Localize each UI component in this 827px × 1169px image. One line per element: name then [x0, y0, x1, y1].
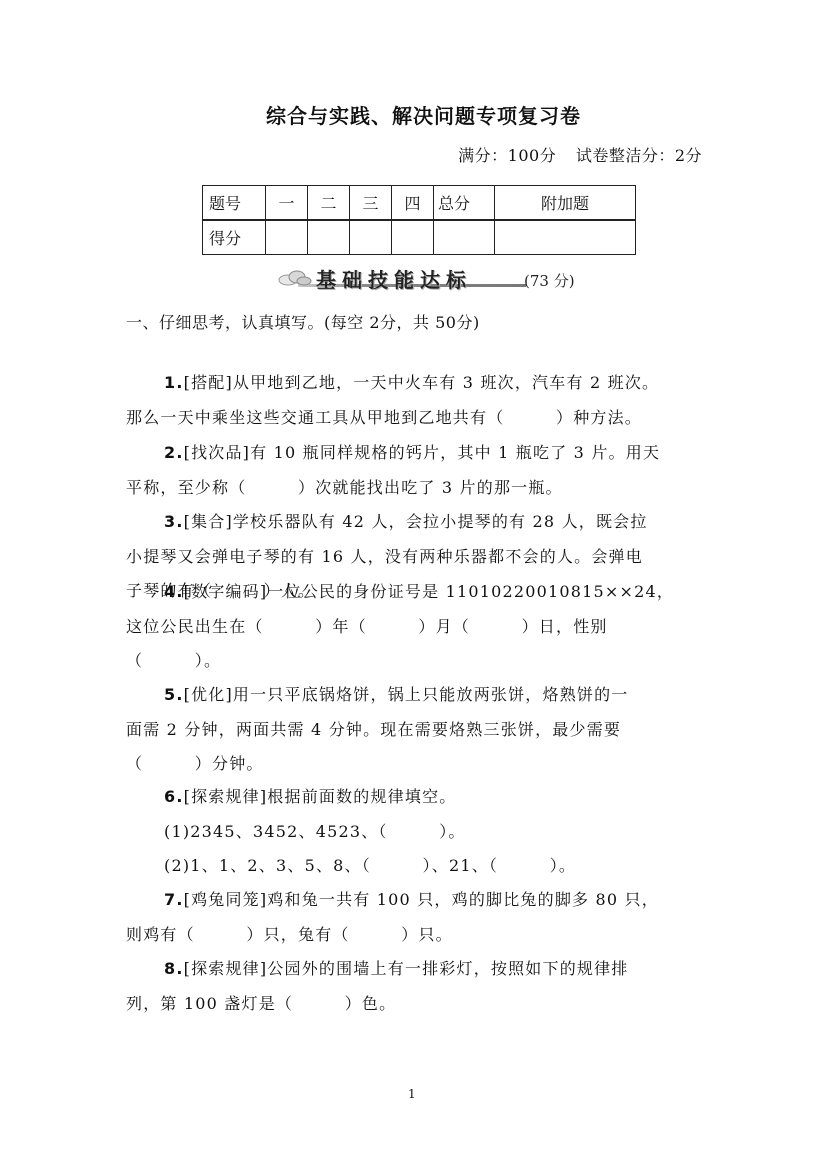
- header-cell: 附加题: [495, 186, 636, 221]
- score-cell: [434, 220, 495, 255]
- question-1: 1.[搭配]从甲地到乙地，一天中火车有 3 班次，汽车有 2 班次。 那么一天中…: [126, 366, 716, 435]
- question-text: [找次品]有 10 瓶同样规格的钙片，其中 1 瓶吃了 3 片。用天: [184, 443, 661, 462]
- header-cell: 题号: [203, 186, 266, 221]
- question-text: [优化]用一只平底锅烙饼，锅上只能放两张饼，烙熟饼的一: [184, 685, 629, 704]
- question-text: [探索规律]根据前面数的规律填空。: [184, 787, 457, 806]
- score-table-score-row: 得分: [203, 220, 636, 255]
- question-5: 5.[优化]用一只平底锅烙饼，锅上只能放两张饼，烙熟饼的一 面需 2 分钟，两面…: [126, 678, 716, 782]
- score-cell: [266, 220, 308, 255]
- question-number: 6.: [164, 787, 184, 806]
- document-title: 综合与实践、解决问题专项复习卷: [0, 100, 827, 129]
- question-number: 3.: [164, 512, 184, 531]
- score-cell: [350, 220, 392, 255]
- question-line: （ ）分钟。: [126, 747, 716, 782]
- neat-score: 试卷整洁分：2分: [576, 146, 702, 165]
- question-number: 7.: [164, 890, 184, 909]
- question-line: 面需 2 分钟，两面共需 4 分钟。现在需要烙熟三张饼，最少需要: [126, 713, 716, 748]
- question-number: 2.: [164, 443, 184, 462]
- question-text: [搭配]从甲地到乙地，一天中火车有 3 班次，汽车有 2 班次。: [184, 373, 660, 392]
- question-line: 则鸡有（ ）只，兔有（ ）只。: [126, 918, 716, 953]
- question-line: 3.[集合]学校乐器队有 42 人，会拉小提琴的有 28 人，既会拉: [126, 505, 716, 540]
- section-banner: 基础技能达标 (73 分): [278, 264, 578, 292]
- question-number: 1.: [164, 373, 184, 392]
- question-line: 2.[找次品]有 10 瓶同样规格的钙片，其中 1 瓶吃了 3 片。用天: [126, 436, 716, 471]
- question-line: 5.[优化]用一只平底锅烙饼，锅上只能放两张饼，烙熟饼的一: [126, 678, 716, 713]
- question-line: 7.[鸡兔同笼]鸡和兔一共有 100 只，鸡的脚比兔的脚多 80 只，: [126, 883, 716, 918]
- question-text: [鸡兔同笼]鸡和兔一共有 100 只，鸡的脚比兔的脚多 80 只，: [184, 890, 659, 909]
- header-cell: 总分: [434, 186, 495, 221]
- question-line: 那么一天中乘坐这些交通工具从甲地到乙地共有（ ）种方法。: [126, 401, 716, 436]
- section-title: 一、仔细思考，认真填写。(每空 2分，共 50分): [126, 310, 480, 333]
- question-4: 4.[数字编码]一位公民的身份证号是 11010220010815××24， 这…: [126, 575, 716, 679]
- question-number: 5.: [164, 685, 184, 704]
- row-label: 得分: [203, 220, 266, 255]
- question-line: 小提琴又会弹电子琴的有 16 人，没有两种乐器都不会的人。会弹电: [126, 540, 716, 575]
- banner-label: 基础技能达标: [316, 264, 472, 293]
- question-text: [数字编码]一位公民的身份证号是 11010220010815××24，: [184, 582, 674, 601]
- question-7: 7.[鸡兔同笼]鸡和兔一共有 100 只，鸡的脚比兔的脚多 80 只， 则鸡有（…: [126, 883, 716, 952]
- score-table: 题号 一 二 三 四 总分 附加题 得分: [202, 185, 636, 255]
- question-line: 这位公民出生在（ ）年（ ）月（ ）日，性别: [126, 610, 716, 645]
- score-table-header-row: 题号 一 二 三 四 总分 附加题: [203, 186, 636, 221]
- question-6: 6.[探索规律]根据前面数的规律填空。 (1)2345、3452、4523、（ …: [126, 780, 716, 884]
- question-text: [探索规律]公园外的围墙上有一排彩灯，按照如下的规律排: [184, 959, 629, 978]
- question-line: 6.[探索规律]根据前面数的规律填空。: [126, 780, 716, 815]
- question-subitem-1: (1)2345、3452、4523、（ ）。: [126, 815, 716, 850]
- question-number: 4.: [164, 582, 184, 601]
- question-8: 8.[探索规律]公园外的围墙上有一排彩灯，按照如下的规律排 列，第 100 盏灯…: [126, 952, 716, 1021]
- header-cell: 四: [392, 186, 434, 221]
- page-number: 1: [408, 1087, 416, 1101]
- question-2: 2.[找次品]有 10 瓶同样规格的钙片，其中 1 瓶吃了 3 片。用天 平称，…: [126, 436, 716, 505]
- full-score: 满分：100分: [458, 146, 556, 165]
- question-text: [集合]学校乐器队有 42 人，会拉小提琴的有 28 人，既会拉: [184, 512, 648, 531]
- banner-score: (73 分): [524, 270, 575, 291]
- score-info: 满分：100分 试卷整洁分：2分: [444, 143, 702, 166]
- header-cell: 一: [266, 186, 308, 221]
- header-cell: 二: [308, 186, 350, 221]
- question-line: 1.[搭配]从甲地到乙地，一天中火车有 3 班次，汽车有 2 班次。: [126, 366, 716, 401]
- score-cell: [495, 220, 636, 255]
- score-cell: [308, 220, 350, 255]
- question-line: 8.[探索规律]公园外的围墙上有一排彩灯，按照如下的规律排: [126, 952, 716, 987]
- question-line: 4.[数字编码]一位公民的身份证号是 11010220010815××24，: [126, 575, 716, 610]
- question-subitem-2: (2)1、1、2、3、5、8、（ ）、21、（ ）。: [126, 849, 716, 884]
- score-cell: [392, 220, 434, 255]
- question-line: 平称，至少称（ ）次就能找出吃了 3 片的那一瓶。: [126, 471, 716, 506]
- question-number: 8.: [164, 959, 184, 978]
- question-line: （ ）。: [126, 644, 716, 679]
- question-line: 列，第 100 盏灯是（ ）色。: [126, 987, 716, 1022]
- cloud-icon: [278, 270, 312, 286]
- header-cell: 三: [350, 186, 392, 221]
